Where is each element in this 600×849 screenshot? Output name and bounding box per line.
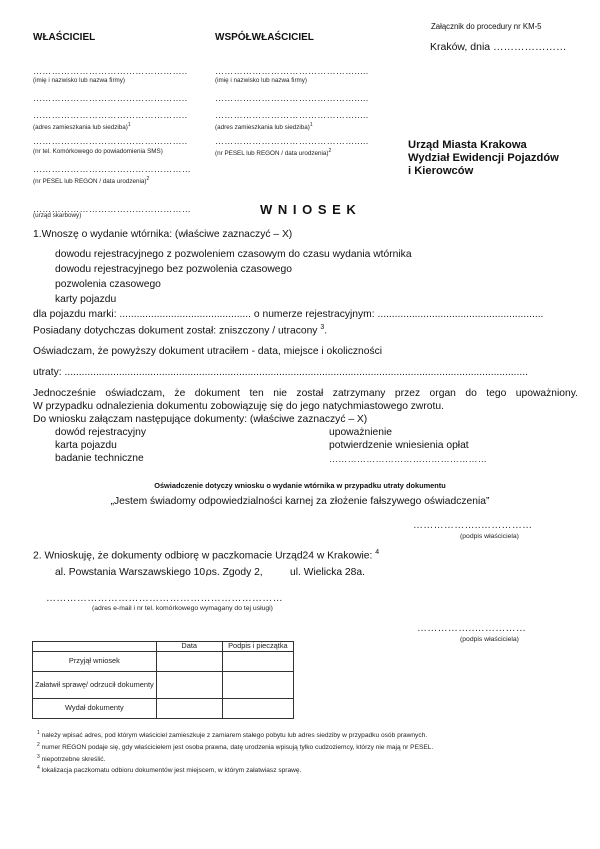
table-header-date: Data [156, 642, 222, 652]
footnote-3: 3 niepotrzebne skreślić. [37, 753, 433, 765]
row-date-received[interactable] [156, 652, 222, 672]
co-owner-address-field-2[interactable]: ………………………………………..... [215, 111, 387, 120]
attachments-intro: Do wniosku załączam następujące dokument… [33, 414, 367, 425]
co-owner-heading: WSPÓŁWŁAŚCICIEL [215, 32, 314, 43]
owner-name-field[interactable]: ………………………………………….. [33, 67, 195, 76]
attach-other-field[interactable]: …………………………………………… [329, 455, 531, 464]
pickup-signature-caption: (podpis właściciela) [460, 636, 519, 643]
loss-statement-heading: Oświadczenie dotyczy wniosku o wydanie w… [0, 481, 600, 490]
owner-address-field-1[interactable]: ………………………………………….. [33, 94, 195, 103]
owner-pesel-field[interactable]: …………………………………………… [33, 165, 197, 174]
row-signature-received[interactable] [222, 652, 293, 672]
pickup-signature-field[interactable]: ……………..…………… [417, 624, 577, 633]
table-row: Przyjął wniosek [33, 652, 294, 672]
owner-name-caption: (imię i nazwisko lub nazwa firmy) [33, 77, 125, 84]
loss-signature-caption: (podpis właściciela) [460, 533, 519, 540]
table-header-row: Data Podpis i pieczątka [33, 642, 294, 652]
co-owner-pesel-field[interactable]: ………………………………………..... [215, 137, 387, 146]
locker-powstania[interactable]: al. Powstania Warszawskiego 10, [55, 567, 208, 578]
co-owner-pesel-caption: (nr PESEL lub REGON / data urodzenia)2 [215, 148, 331, 157]
option-vehicle-card[interactable]: karty pojazdu [55, 294, 116, 305]
row-label-handled: Załatwił sprawę/ odrzucił dokumenty [33, 672, 157, 699]
row-date-issued[interactable] [156, 699, 222, 719]
section1-intro: 1.Wnoszę o wydanie wtórnika: (właściwe z… [33, 229, 292, 240]
attach-vehicle-card[interactable]: karta pojazdu [55, 440, 117, 451]
row-label-received: Przyjął wniosek [33, 652, 157, 672]
locker-zgody[interactable]: os. Zgody 2, [206, 567, 263, 578]
owner-address-caption: (adres zamieszkania lub siedziba)1 [33, 122, 131, 131]
co-owner-address-caption: (adres zamieszkania lub siedziba)1 [215, 122, 313, 131]
table-row: Załatwił sprawę/ odrzucił dokumenty [33, 672, 294, 699]
footnote-1: 1 należy wpisać adres, pod którym właści… [37, 729, 433, 741]
co-owner-name-caption: (imię i nazwisko lub nazwa firmy) [215, 77, 307, 84]
owner-phone-caption: (nr tel. Komórkowego do powiadomienia SM… [33, 148, 163, 155]
vehicle-make-registration-field[interactable]: dla pojazdu marki: .....................… [33, 309, 578, 320]
declaration-line-1: Jednocześnie oświadczam, że dokument ten… [33, 388, 578, 399]
office-line-3: i Kierowców [408, 165, 598, 178]
footnote-4: 4 lokalizacja paczkomatu odbioru dokumen… [37, 764, 433, 776]
place-date-field[interactable]: Kraków, dnia ………………… [430, 41, 567, 53]
attach-technical-inspection[interactable]: badanie techniczne [55, 453, 144, 464]
footnotes: 1 należy wpisać adres, pod którym właści… [37, 729, 433, 776]
declaration-line-2: W przypadku odnalezienia dokumentu zobow… [33, 401, 444, 412]
co-owner-address-field-1[interactable]: ………………………………………..... [215, 94, 387, 103]
row-label-issued: Wydał dokumenty [33, 699, 157, 719]
office-use-table: Data Podpis i pieczątka Przyjął wniosek … [32, 641, 294, 719]
row-signature-handled[interactable] [222, 672, 293, 699]
owner-heading: WŁAŚCICIEL [33, 32, 95, 43]
contact-caption: (adres e-mail i nr tel. komórkowego wyma… [92, 605, 273, 612]
loss-signature-field[interactable]: ………………..…………… [413, 521, 577, 530]
table-header-signature: Podpis i pieczątka [222, 642, 293, 652]
attach-fee-confirmation[interactable]: potwierdzenie wniesienia opłat [329, 440, 469, 451]
owner-address-field-2[interactable]: ………………………………………….. [33, 111, 195, 120]
locker-wielicka[interactable]: ul. Wielicka 28a. [290, 567, 365, 578]
tax-office-caption: (urząd skarbowy) [33, 212, 81, 219]
table-row: Wydał dokumenty [33, 699, 294, 719]
option-reg-without-permit[interactable]: dowodu rejestracyjnego bez pozwolenia cz… [55, 264, 292, 275]
office-line-1: Urząd Miasta Krakowa [408, 139, 598, 152]
loss-statement-quote: „Jestem świadomy odpowiedzialności karne… [0, 496, 600, 507]
co-owner-name-field[interactable]: ………………………………………..... [215, 67, 387, 76]
owner-pesel-caption: (nr PESEL lub REGON / data urodzenia)2 [33, 176, 149, 185]
attach-registration-doc[interactable]: dowód rejestracyjny [55, 427, 146, 438]
footnote-2: 2 numer REGON podaje się, gdy właściciel… [37, 741, 433, 753]
document-status: Posiadany dotychczas dokument został: zn… [33, 324, 327, 336]
attachment-note: Załącznik do procedury nr KM-5 [431, 22, 542, 31]
row-signature-issued[interactable] [222, 699, 293, 719]
office-address: Urząd Miasta Krakowa Wydział Ewidencji P… [408, 139, 598, 178]
row-date-handled[interactable] [156, 672, 222, 699]
table-header-empty [33, 642, 157, 652]
contact-field[interactable]: …………………………………………………………… [46, 594, 360, 603]
loss-circumstances-field[interactable]: utraty: ................................… [33, 367, 578, 378]
option-reg-with-permit[interactable]: dowodu rejestracyjnego z pozwoleniem cza… [55, 249, 412, 260]
option-temp-permit[interactable]: pozwolenia czasowego [55, 279, 161, 290]
office-line-2: Wydział Ewidencji Pojazdów [408, 152, 598, 165]
loss-statement: Oświadczam, że powyższy dokument utracił… [33, 346, 382, 357]
section2-intro: 2. Wnioskuję, że dokumenty odbiorę w pac… [33, 549, 379, 561]
attach-authorization[interactable]: upoważnienie [329, 427, 392, 438]
owner-phone-field[interactable]: ………………………………………….. [33, 137, 195, 146]
page-title: W N I O S E K [260, 202, 357, 217]
